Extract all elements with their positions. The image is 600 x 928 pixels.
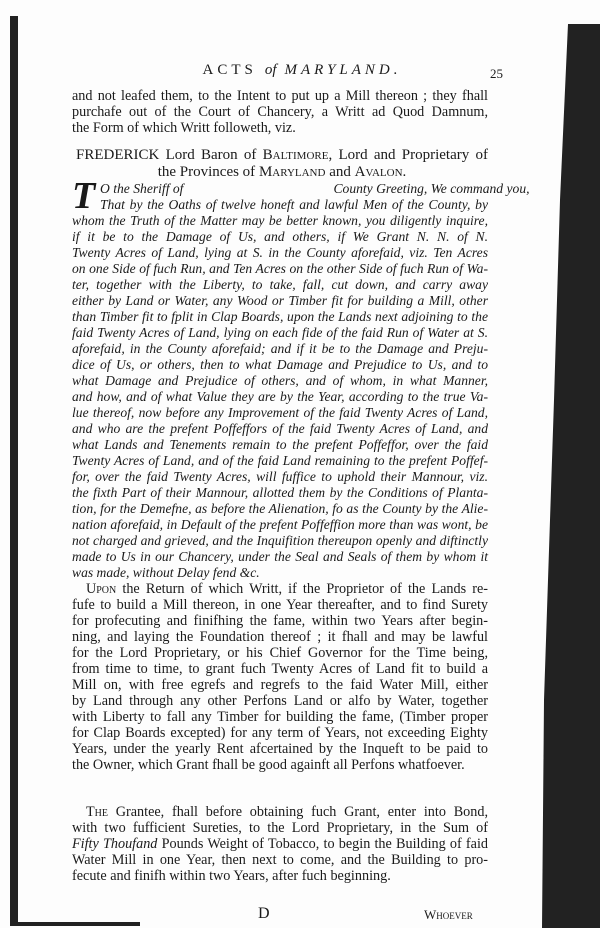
text-line: was made, without Delay fend &c. <box>72 565 488 581</box>
page-footer: D Whoever <box>72 905 534 925</box>
text-line: by Land through any other Perfons Land o… <box>72 693 488 709</box>
text-line: for the Lord Proprietary, or his Chief G… <box>72 645 488 661</box>
text-line: tion, for the Demefne, as before the Ali… <box>72 501 488 517</box>
text-line: ter, together with the Liberty, to take,… <box>72 277 488 293</box>
text-line: either by Land or Water, any Wood or Tim… <box>72 293 488 309</box>
text-line: than Timber fit to fplit in Clap Boards,… <box>72 309 488 325</box>
scan-edge-right <box>520 0 600 928</box>
proclamation-heading: FREDERICK Lord Baron of Baltimore, Lord … <box>76 147 488 181</box>
text-fragment: Grantee, fhall before obtaining fuch Gra… <box>108 804 488 820</box>
text-fragment: FREDERICK Lord Baron of <box>76 147 263 163</box>
province-maryland: Maryland <box>259 164 326 180</box>
title-baltimore: Baltimore <box>263 147 329 163</box>
text-line: if it be to the Damage of Us, and others… <box>72 229 488 245</box>
running-head-prefix: ACTS <box>203 62 257 78</box>
running-head-place: MARYLAND. <box>285 62 402 78</box>
text-fragment: County Greeting, We command you, <box>333 181 529 196</box>
text-line: faid Twenty Acres of Land, lying on each… <box>72 325 488 341</box>
text-fragment: the Return of which Writt, if the Propri… <box>116 581 488 597</box>
text-line: the fixth Part of their Mannour, allotte… <box>72 485 488 501</box>
text-line: and not leafed them, to the Intent to pu… <box>72 88 488 104</box>
text-line: Years, under the yearly Rent afcertained… <box>72 741 488 757</box>
text-line: and how, and of what Value they are by t… <box>72 389 488 405</box>
text-line: for profecuting and finifhing the fame, … <box>72 613 488 629</box>
text-line: made to Us in our Chancery, under the Se… <box>72 549 488 565</box>
text-fragment: the Provinces of <box>158 164 259 180</box>
text-line: fufe to build a Mill thereon, in one Yea… <box>72 597 488 613</box>
text-line: purchafe out of the Court of Chancery, a… <box>72 104 488 120</box>
text-fragment: Pounds Weight of Tobacco, to begin the B… <box>157 836 488 852</box>
text-line: with two fufficient Sureties, to the Lor… <box>72 820 488 836</box>
text-line: lue thereof, now before any Improvement … <box>72 405 488 421</box>
text-fragment: , Lord and Proprietary of <box>328 147 488 163</box>
text-line: not charged and grieved, and the Inquifi… <box>72 533 488 549</box>
text-line: dice of Us, or others, then to what Dama… <box>72 357 488 373</box>
italic-amount: Fifty Thoufand <box>72 836 157 852</box>
text-line: on one Side of fuch Run, and Ten Acres o… <box>72 261 488 277</box>
drop-cap: T <box>72 179 95 213</box>
text-line: ning, and laying the Foundation thereof … <box>72 629 488 645</box>
text-line: Water Mill in one Year, then next to com… <box>72 852 488 868</box>
signature-mark: D <box>258 905 270 923</box>
proclamation-line-2: the Provinces of Maryland and Avalon. <box>76 164 488 181</box>
text-line: the Form of which Writt followeth, viz. <box>72 120 488 136</box>
text-line: fecute and finifh within two Years, afte… <box>72 868 488 884</box>
text-line: Twenty Acres of Land, lying at S. in the… <box>72 245 488 261</box>
intro-paragraph: and not leafed them, to the Intent to pu… <box>72 88 488 136</box>
text-fragment: and <box>325 164 354 180</box>
province-avalon: Avalon <box>355 164 403 180</box>
text-line: That by the Oaths of twelve honeft and l… <box>72 197 488 213</box>
text-line: Upon the Return of which Writt, if the P… <box>72 581 488 597</box>
text-line: aforefaid, in the County aforefaid; and … <box>72 341 488 357</box>
text-line: what Lands and Tenements remain to the p… <box>72 437 488 453</box>
text-line: whom the Truth of the Matter may be bett… <box>72 213 488 229</box>
running-head: ACTSofMARYLAND. <box>172 62 432 79</box>
proclamation-line-1: FREDERICK Lord Baron of Baltimore, Lord … <box>76 147 488 164</box>
text-line: Mill on, with free egrefs and regrefs to… <box>72 677 488 693</box>
text-line: The Grantee, fhall before obtaining fuch… <box>72 804 488 820</box>
text-line: for Clap Boards excepted) for any term o… <box>72 725 488 741</box>
text-line: what Damage and Prejudice of others, and… <box>72 373 488 389</box>
scan-edge-left <box>10 16 18 926</box>
paragraph-lead: The <box>86 804 108 820</box>
paragraph-lead: Upon <box>86 581 116 597</box>
text-line: the Owner, which Grant fhall be good aga… <box>72 757 488 773</box>
text-line: with Liberty to fall any Timber for buil… <box>72 709 488 725</box>
grantee-paragraph: The Grantee, fhall before obtaining fuch… <box>72 804 488 884</box>
catchword: Whoever <box>424 907 473 923</box>
text-fragment: O the Sheriff of <box>100 181 183 196</box>
text-line: Fifty Thoufand Pounds Weight of Tobacco,… <box>72 836 488 852</box>
page-number: 25 <box>490 66 503 82</box>
upon-return-paragraph: Upon the Return of which Writt, if the P… <box>72 581 488 773</box>
writ-first-line: TO the Sheriff ofCounty Greeting, We com… <box>72 181 488 197</box>
text-line: for, over the faid Twenty Acres, will fu… <box>72 469 488 485</box>
running-head-of: of <box>265 62 277 78</box>
text-line: and who are the prefent Poffeffors of th… <box>72 421 488 437</box>
text-line: from time to time, to grant fuch Twenty … <box>72 661 488 677</box>
text-line: nation aforefaid, in Default of the pref… <box>72 517 488 533</box>
text-line: Twenty Acres of Land, and of the faid La… <box>72 453 488 469</box>
text-fragment: . <box>403 164 407 180</box>
writ-text: TO the Sheriff ofCounty Greeting, We com… <box>72 181 488 581</box>
